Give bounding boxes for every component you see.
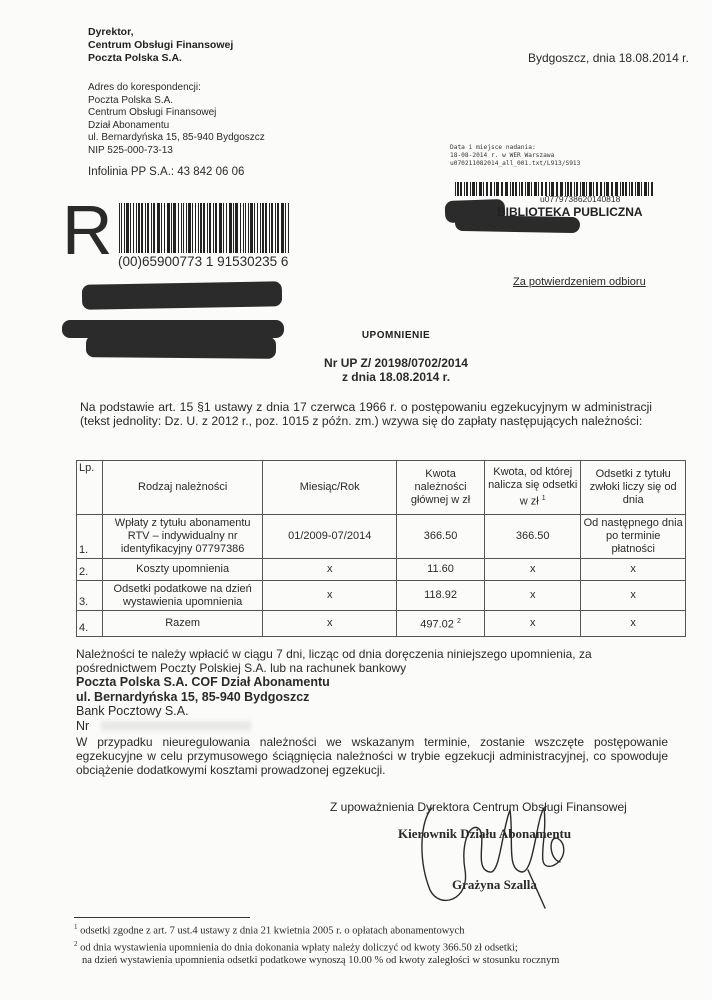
footnote-mark: 1: [542, 495, 546, 502]
stamp-line: Data i miejsce nadania:: [450, 144, 580, 152]
table-row: 1. Wpłaty z tytułu abonamentu RTV – indy…: [77, 515, 686, 559]
footnote-mark: 2: [74, 940, 78, 948]
handwritten-signature: [410, 800, 580, 910]
cell-type: Koszty upomnienia: [102, 559, 263, 581]
cell-lp: 4.: [77, 611, 103, 637]
cell-interest-base: x: [485, 559, 581, 581]
bank-name: Bank Pocztowy S.A.: [76, 704, 662, 719]
account-number-blurred: [101, 721, 251, 731]
address-line: Centrum Obsługi Finansowej: [88, 107, 265, 120]
recipient-name: BIBLIOTEKA PUBLICZNA: [497, 205, 643, 219]
header-interest-from: Odsetki z tytułu zwłoki liczy się od dni…: [581, 461, 686, 515]
document-date: z dnia 18.08.2014 r.: [80, 370, 712, 384]
cell-type: Odsetki podatkowe na dzień wystawienia u…: [102, 581, 263, 611]
sender-line: Dyrektor,: [88, 26, 233, 39]
total-amount: 497.02: [420, 619, 454, 631]
cell-type: Wpłaty z tytułu abonamentu RTV – indywid…: [102, 515, 263, 559]
cell-interest-from: Od następnego dnia po terminie płatności: [581, 515, 686, 559]
table-header-row: Lp. Rodzaj należności Miesiąc/Rok Kwota …: [77, 461, 686, 515]
enforcement-warning: W przypadku nieuregulowania należności w…: [76, 735, 668, 777]
cell-interest-from: x: [581, 581, 686, 611]
registered-mark: R: [62, 198, 113, 262]
payment-instructions: Należności te należy wpłacić w ciągu 7 d…: [76, 648, 662, 733]
correspondence-address: Adres do korespondencji: Poczta Polska S…: [88, 82, 265, 157]
footnote-2: 2 od dnia wystawienia upomnienia do dnia…: [74, 938, 559, 955]
cell-lp: 3.: [77, 581, 103, 611]
cell-interest-base: x: [485, 581, 581, 611]
stamp-line: u070211082014_all_001.txt/L913/S913: [450, 160, 580, 168]
document-title: UPOMNIENIE: [0, 330, 712, 341]
cell-interest-from: x: [581, 559, 686, 581]
table-row: 4. Razem x 497.02 2 x x: [77, 611, 686, 637]
footnote-mark: 1: [74, 923, 78, 931]
address-line: Poczta Polska S.A.: [88, 95, 265, 108]
footnote-mark: 2: [457, 618, 461, 625]
payment-text: Należności te należy wpłacić w ciągu 7 d…: [76, 648, 662, 675]
cell-interest-from: x: [581, 611, 686, 637]
intro-paragraph: Na podstawie art. 15 §1 ustawy z dnia 17…: [80, 400, 652, 428]
cell-lp: 1.: [77, 515, 103, 559]
header-period: Miesiąc/Rok: [263, 461, 397, 515]
header-interest-base: Kwota, od której nalicza się odsetki w z…: [485, 461, 581, 515]
cell-amount: 497.02 2: [397, 611, 485, 637]
footnote-text: od dnia wystawienia upomnienia do dnia d…: [80, 943, 518, 954]
footnote-2-continued: na dzień wystawienia upomnienia odsetki …: [74, 955, 559, 968]
document-number-block: Nr UP Z/ 20198/0702/2014 z dnia 18.08.20…: [0, 356, 712, 384]
cell-period: x: [263, 611, 397, 637]
header-interest-base-label: Kwota, od której nalicza się odsetki w z…: [488, 466, 577, 508]
registered-barcode-number: (00)65900773 1 91530235 6: [118, 254, 288, 269]
cell-amount: 118.92: [397, 581, 485, 611]
sender-line: Poczta Polska S.A.: [88, 52, 233, 65]
footnote-divider: [74, 917, 250, 918]
sender-line: Centrum Obsługi Finansowej: [88, 39, 233, 52]
table-row: 3. Odsetki podatkowe na dzień wystawieni…: [77, 581, 686, 611]
postal-stamp: Data i miejsce nadania: 18-08-2014 r. w …: [450, 144, 580, 168]
stamp-line: 18-08-2014 r. w WER Warszawa: [450, 152, 580, 160]
cell-interest-base: x: [485, 611, 581, 637]
account-address: ul. Bernardyńska 15, 85-940 Bydgoszcz: [76, 690, 662, 705]
dues-table: Lp. Rodzaj należności Miesiąc/Rok Kwota …: [76, 460, 686, 637]
address-line: ul. Bernardyńska 15, 85-940 Bydgoszcz: [88, 132, 265, 145]
place-date: Bydgoszcz, dnia 18.08.2014 r.: [528, 51, 689, 65]
account-label: Nr: [76, 719, 89, 733]
cell-period: 01/2009-07/2014: [263, 515, 397, 559]
header-type: Rodzaj należności: [102, 461, 263, 515]
address-line: NIP 525-000-73-13: [88, 145, 265, 158]
footnote-text: odsetki zgodne z art. 7 ust.4 ustawy z d…: [80, 926, 464, 937]
header-lp: Lp.: [77, 461, 103, 515]
postal-barcode-number: u0779738620140818: [540, 194, 620, 204]
registered-barcode: [119, 203, 291, 253]
cell-lp: 2.: [77, 559, 103, 581]
cell-interest-base: 366.50: [485, 515, 581, 559]
delivery-note: Za potwierdzeniem odbioru: [513, 276, 646, 288]
footnotes: 1 odsetki zgodne z art. 7 ust.4 ustawy z…: [74, 921, 559, 968]
address-line: Adres do korespondencji:: [88, 82, 265, 95]
account-holder: Poczta Polska S.A. COF Dział Abonamentu: [76, 675, 662, 690]
cell-amount: 366.50: [397, 515, 485, 559]
footnote-1: 1 odsetki zgodne z art. 7 ust.4 ustawy z…: [74, 921, 559, 938]
redaction-mark: [82, 281, 282, 309]
table-row: 2. Koszty upomnienia x 11.60 x x: [77, 559, 686, 581]
cell-type: Razem: [102, 611, 263, 637]
cell-amount: 11.60: [397, 559, 485, 581]
document-number: Nr UP Z/ 20198/0702/2014: [80, 356, 712, 370]
account-number-row: Nr: [76, 719, 662, 734]
cell-period: x: [263, 559, 397, 581]
address-line: Dział Abonamentu: [88, 120, 265, 133]
hotline: Infolinia PP S.A.: 43 842 06 06: [88, 166, 244, 178]
header-amount: Kwota należności głównej w zł: [397, 461, 485, 515]
sender-block: Dyrektor, Centrum Obsługi Finansowej Poc…: [88, 26, 233, 65]
cell-period: x: [263, 581, 397, 611]
